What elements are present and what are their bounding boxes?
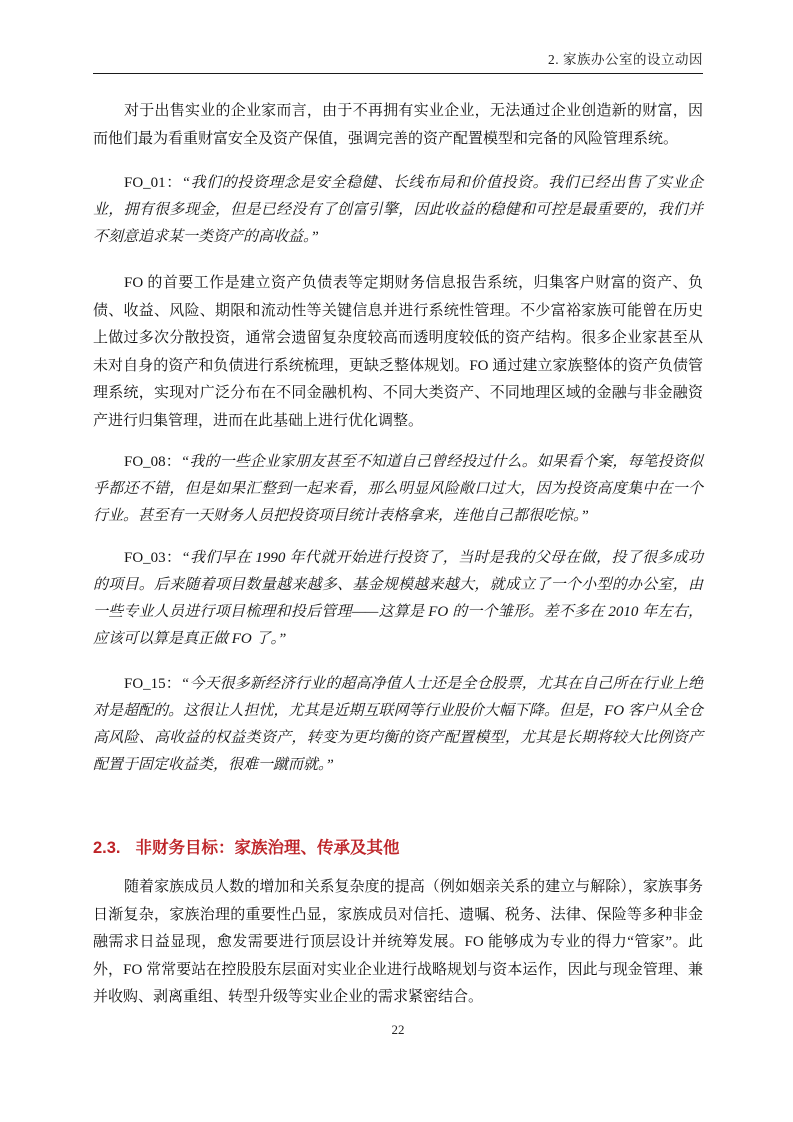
- interview-quote-fo03: FO_03：“我们早在 1990 年代就开始进行投资了，当时是我的父母在做，投了…: [93, 545, 703, 653]
- quote-label-fo15: FO_15：: [124, 676, 181, 692]
- quote-text-fo03: “我们早在 1990 年代就开始进行投资了，当时是我的父母在做，投了很多成功的项…: [93, 550, 703, 647]
- quote-label-fo03: FO_03：: [124, 550, 181, 566]
- page-number: 22: [392, 1022, 405, 1037]
- section-number: 2.3.: [93, 839, 121, 857]
- quote-label-fo01: FO_01：: [124, 175, 182, 191]
- header-rule: [93, 73, 703, 74]
- paragraph-nonfinancial-goals: 随着家族成员人数的增加和关系复杂度的提高（例如姻亲关系的建立与解除），家族事务日…: [93, 874, 703, 1012]
- quote-label-fo08: FO_08：: [124, 454, 181, 470]
- interview-quote-fo01: FO_01：“我们的投资理念是安全稳健、长线布局和价值投资。我们已经出售了实业企…: [93, 170, 703, 251]
- quote-text-fo15: “今天很多新经济行业的超高净值人士还是全仓股票，尤其在自己所在行业上绝对是超配的…: [93, 676, 703, 773]
- paragraph-entrepreneurs-selling-business: 对于出售实业的企业家而言，由于不再拥有实业企业，无法通过企业创造新的财富，因而他…: [93, 98, 703, 153]
- paragraph-fo-primary-work: FO 的首要工作是建立资产负债表等定期财务信息报告系统，归集客户财富的资产、负债…: [93, 270, 703, 435]
- running-header: 2. 家族办公室的设立动因: [93, 0, 703, 68]
- running-header-title: 2. 家族办公室的设立动因: [548, 52, 703, 67]
- document-page: 2. 家族办公室的设立动因 对于出售实业的企业家而言，由于不再拥有实业企业，无法…: [0, 0, 793, 1122]
- quote-text-fo01: “我们的投资理念是安全稳健、长线布局和价值投资。我们已经出售了实业企业，拥有很多…: [93, 175, 703, 245]
- quote-text-fo08: “我的一些企业家朋友甚至不知道自己曾经投过什么。如果看个案，每笔投资似乎都还不错…: [93, 454, 703, 524]
- interview-quote-fo15: FO_15：“今天很多新经济行业的超高净值人士还是全仓股票，尤其在自己所在行业上…: [93, 671, 703, 779]
- interview-quote-fo08: FO_08：“我的一些企业家朋友甚至不知道自己曾经投过什么。如果看个案，每笔投资…: [93, 449, 703, 530]
- section-title: 非财务目标：家族治理、传承及其他: [136, 839, 400, 857]
- section-heading-2-3: 2.3.非财务目标：家族治理、传承及其他: [93, 836, 703, 860]
- page-content: 2. 家族办公室的设立动因 对于出售实业的企业家而言，由于不再拥有实业企业，无法…: [93, 0, 703, 1038]
- page-footer: 22: [93, 1022, 703, 1038]
